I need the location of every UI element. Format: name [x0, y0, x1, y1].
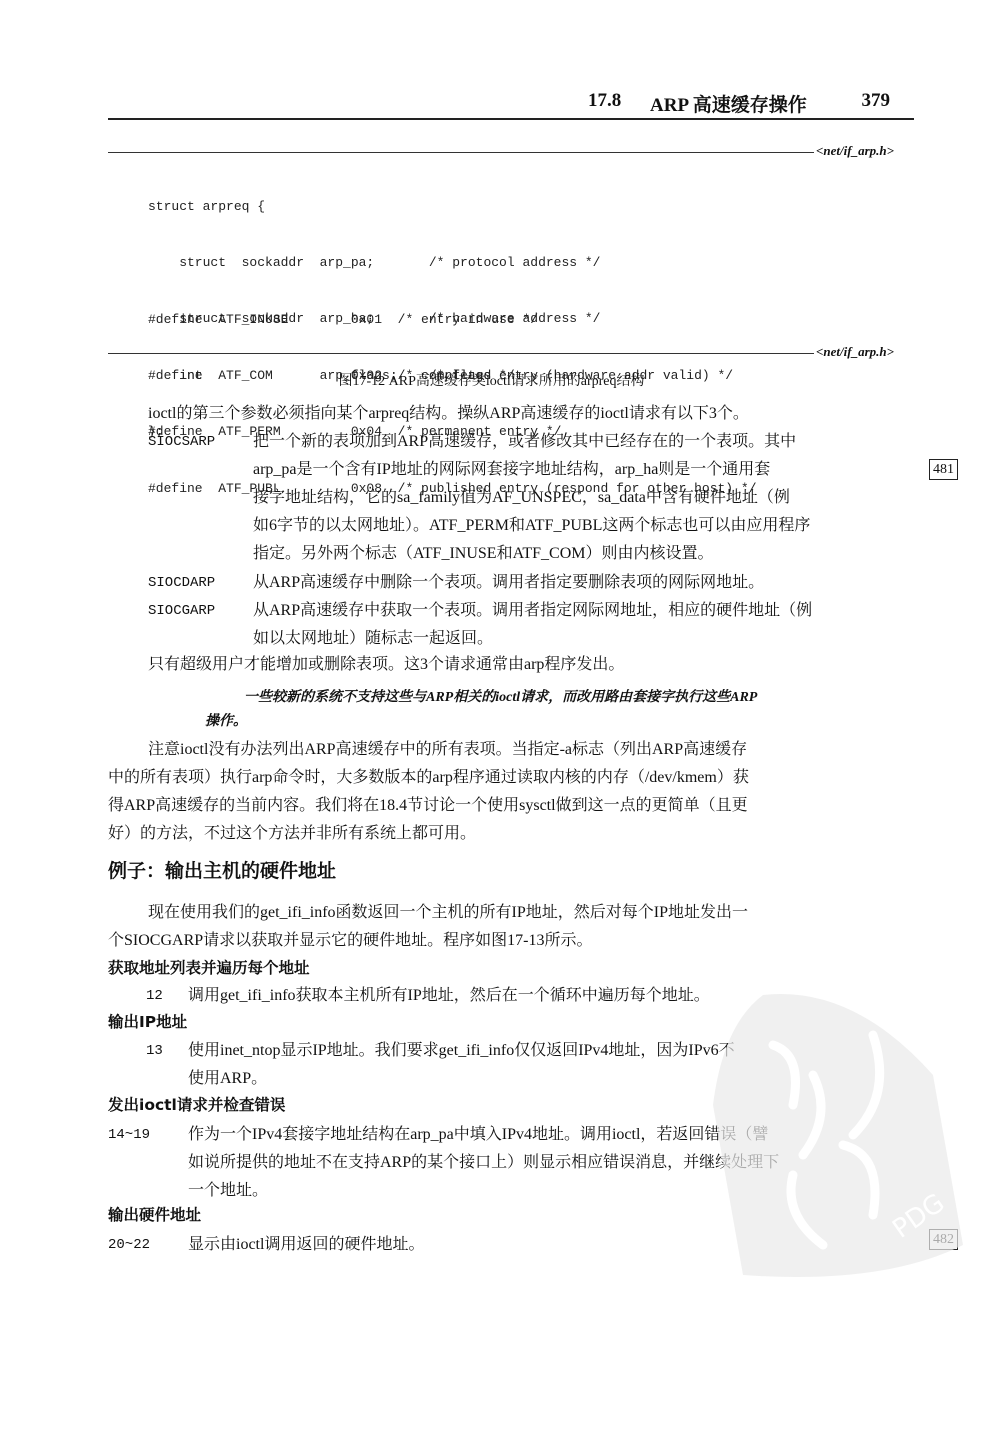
code-line: struct arpreq {	[148, 198, 600, 217]
definition-siocdarp: 从ARP高速缓存中删除一个表项。调用者指定要删除表项的网际网地址。	[253, 569, 764, 597]
aside-note-line2: 操作。	[205, 710, 247, 730]
watermark-seal: PDG	[703, 985, 963, 1285]
step-line: 一个地址。	[188, 1177, 779, 1205]
aside-note-line1: 一些较新的系统不支持这些与ARP相关的ioctl请求，而改用路由套接字执行这些A…	[244, 686, 757, 706]
step-heading: 输出IP地址	[108, 1010, 187, 1032]
step-heading: 获取地址列表并遍历每个地址	[108, 956, 310, 978]
paragraph-line: 得ARP高速缓存的当前内容。我们将在18.4节讨论一个使用sysctl做到这一点…	[108, 792, 749, 820]
step-line: 如说所提供的地址不在支持ARP的某个接口上）则显示相应错误消息，并继续处理下	[188, 1149, 779, 1177]
step-lineno: 20~22	[108, 1237, 150, 1253]
file-label-bottom: <net/if_arp.h>	[816, 344, 894, 360]
definition-siocgarp: 从ARP高速缓存中获取一个表项。调用者指定网际网地址，相应的硬件地址（例 如以太…	[253, 597, 812, 653]
superuser-note: 只有超级用户才能增加或删除表项。这3个请求通常由arp程序发出。	[148, 651, 624, 679]
code-top-rule	[108, 152, 814, 153]
definition-siocsarp: 把一个新的表项加到ARP高速缓存，或者修改其中已经存在的一个表项。其中 arp_…	[253, 428, 810, 568]
term-siocdarp: SIOCDARP	[148, 575, 215, 591]
paragraph-line: 个SIOCGARP请求以获取并显示它的硬件地址。程序如图17-13所示。	[108, 927, 748, 955]
seal-icon: PDG	[703, 985, 963, 1285]
step-text: 作为一个IPv4套接字地址结构在arp_pa中填入IPv4地址。调用ioctl，…	[188, 1121, 779, 1205]
definition-line: 把一个新的表项加到ARP高速缓存，或者修改其中已经存在的一个表项。其中	[253, 428, 810, 456]
definition-line: 如6字节的以太网地址）。ATF_PERM和ATF_PUBL这两个标志也可以由应用…	[253, 512, 810, 540]
step-text: 使用inet_ntop显示IP地址。我们要求get_ifi_info仅仅返回IP…	[188, 1037, 735, 1093]
definition-line: 如以太网地址）随标志一起返回。	[253, 625, 812, 653]
step-line: 显示由ioctl调用返回的硬件地址。	[188, 1231, 424, 1259]
page-number: 379	[862, 90, 891, 112]
header-rule	[108, 118, 914, 120]
margin-ref-481: 481	[929, 459, 958, 480]
example-heading: 例子：输出主机的硬件地址	[108, 856, 336, 883]
step-heading: 发出ioctl请求并检查错误	[108, 1093, 285, 1115]
definition-line: 从ARP高速缓存中获取一个表项。调用者指定网际网地址，相应的硬件地址（例	[253, 597, 812, 625]
section-title: ARP 高速缓存操作	[650, 90, 807, 117]
step-line: 使用ARP。	[188, 1065, 735, 1093]
intro-paragraph: ioctl的第三个参数必须指向某个arpreq结构。操纵ARP高速缓存的ioct…	[148, 400, 749, 428]
code-line: struct sockaddr arp_pa; /* protocol addr…	[148, 254, 600, 273]
definition-line: 接字地址结构，它的sa_family值为AF_UNSPEC，sa_data中含有…	[253, 484, 810, 512]
file-label-top: <net/if_arp.h>	[816, 143, 894, 159]
step-text: 显示由ioctl调用返回的硬件地址。	[188, 1231, 424, 1259]
paragraph-line: 现在使用我们的get_ifi_info函数返回一个主机的所有IP地址，然后对每个…	[108, 899, 748, 927]
running-header: 17.8 ARP 高速缓存操作 379	[560, 88, 890, 116]
definition-line: 从ARP高速缓存中删除一个表项。调用者指定要删除表项的网际网地址。	[253, 569, 764, 597]
section-number: 17.8	[588, 90, 621, 112]
definition-line: 指定。另外两个标志（ATF_INUSE和ATF_COM）则由内核设置。	[253, 540, 810, 568]
code-bottom-rule	[108, 353, 814, 354]
figure-caption: 图17-12 ARP高速缓存类ioctl请求所用的arpreq结构	[0, 370, 983, 390]
paragraph-line: 好）的方法，不过这个方法并非所有系统上都可用。	[108, 820, 749, 848]
paragraph-line: 注意ioctl没有办法列出ARP高速缓存中的所有表项。当指定-a标志（列出ARP…	[108, 736, 749, 764]
step-line: 使用inet_ntop显示IP地址。我们要求get_ifi_info仅仅返回IP…	[188, 1037, 735, 1065]
step-lineno: 13	[146, 1043, 163, 1059]
step-line: 作为一个IPv4套接字地址结构在arp_pa中填入IPv4地址。调用ioctl，…	[188, 1121, 779, 1149]
definition-line: arp_pa是一个含有IP地址的网际网套接字地址结构，arp_ha则是一个通用套	[253, 456, 810, 484]
paragraph-line: 中的所有表项）执行arp命令时，大多数版本的arp程序通过读取内核的内存（/de…	[108, 764, 749, 792]
step-line: 调用get_ifi_info获取本主机所有IP地址，然后在一个循环中遍历每个地址…	[188, 982, 710, 1010]
example-intro: 现在使用我们的get_ifi_info函数返回一个主机的所有IP地址，然后对每个…	[108, 899, 748, 955]
step-heading: 输出硬件地址	[108, 1203, 201, 1225]
step-lineno: 14~19	[108, 1127, 150, 1143]
term-siocgarp: SIOCGARP	[148, 603, 215, 619]
step-lineno: 12	[146, 988, 163, 1004]
step-text: 调用get_ifi_info获取本主机所有IP地址，然后在一个循环中遍历每个地址…	[188, 982, 710, 1010]
code-line: #define ATF_INUSE 0x01 /* entry in use *…	[148, 311, 757, 330]
note-paragraph: 注意ioctl没有办法列出ARP高速缓存中的所有表项。当指定-a标志（列出ARP…	[108, 736, 749, 848]
term-siocsarp: SIOCSARP	[148, 434, 215, 450]
